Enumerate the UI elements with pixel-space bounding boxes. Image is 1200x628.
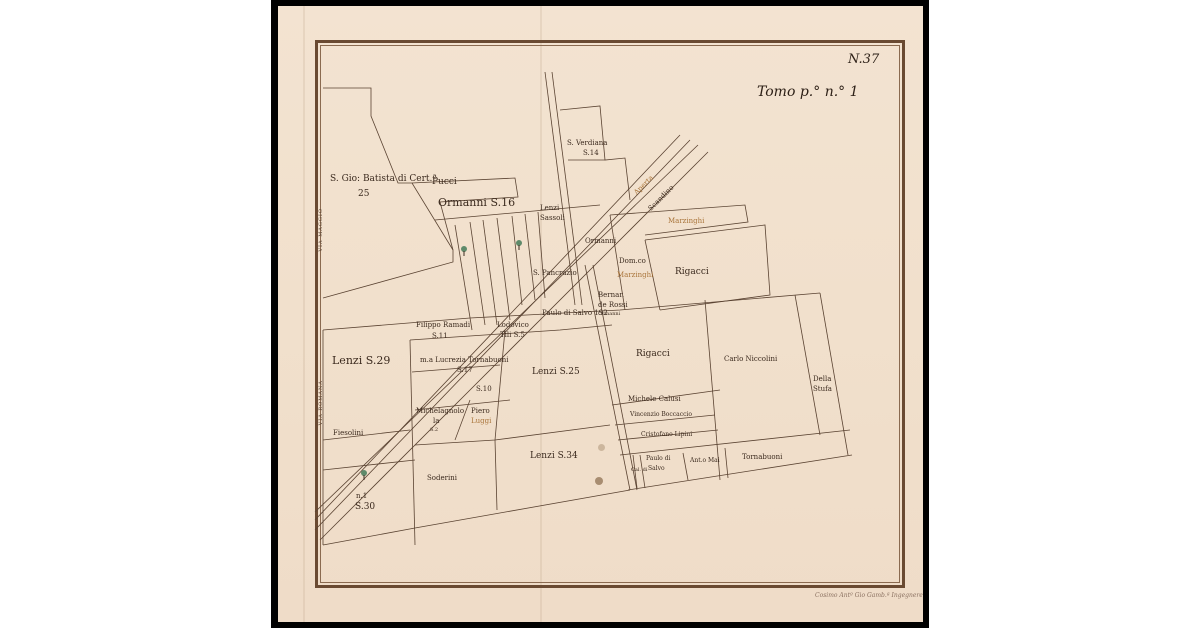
parcel-label-lenzi-29: Lenzi S.29 (332, 355, 390, 366)
parcel-label-lenzi-34: Lenzi S.34 (530, 452, 578, 461)
parcel-label-vincenzio: Vincenzio Boccaccio (630, 412, 692, 418)
paper-stain (598, 444, 605, 451)
parcel-label-rigacci: Rigacci (675, 268, 709, 277)
parcel-label-michele-calusi: Michele Calusi (628, 396, 681, 403)
parcel-label-lenzi-25: Lenzi S.25 (532, 368, 580, 377)
parcel-label-lodovico: Lodovico (497, 322, 529, 329)
parcel-label-bernar-ormanni: Ormanni (598, 312, 620, 317)
parcel-label-paulo-di: Paulo di (646, 456, 670, 462)
parcel-label-ormanni: Ormanni S.16 (438, 197, 515, 208)
parcel-label-anto-mai: Ant.o Mai (690, 458, 720, 464)
parcel-label-san-pancrazio: S. Pancrazio (533, 270, 577, 277)
parcel-label-filippo: Filippo Ramadi (416, 322, 470, 329)
parcel-number: S.10 (476, 386, 492, 393)
parcel-number: S.30 (355, 503, 375, 512)
street-label-via-maggio: VIA MAGGIO (318, 208, 324, 252)
sheet-number: N.37 (848, 52, 879, 67)
parcel-label-sassoli: Sassoli (540, 215, 565, 222)
parcel-label-tili: Tili S.5 (500, 332, 525, 339)
parcel-number: S.2 (430, 428, 438, 433)
parcel-label-carlo-niccolini: Carlo Niccolini (724, 356, 777, 363)
parcel-label-luggi: Luggi (471, 418, 491, 425)
parcel-label-salvo: Salvo (648, 466, 665, 472)
parcel-number: S.11 (432, 333, 448, 340)
paper-stain (595, 477, 603, 485)
parcel-label-tornabuoni: Tornabuoni (742, 454, 782, 461)
parcel-label-marzinghi-mid: Marzinghi (617, 272, 653, 279)
signature: Cosimo Antº Gio Gamb.ª Ingegnere (815, 592, 923, 599)
parcel-label-cal-di: Cal. di (631, 468, 647, 473)
parcel-label-bernar: Bernar. (598, 292, 624, 299)
parcel-number: 25 (358, 190, 369, 199)
parcel-number: S.17 (457, 367, 473, 374)
tree-icon (515, 240, 523, 250)
parcel-label-cristofano: Cristofano Lipini (641, 432, 692, 438)
parcel-label-ormanni-small: Ormanni (585, 238, 616, 245)
parcel-label-marzinghi: Marzinghi (668, 218, 704, 225)
tree-icon (460, 246, 468, 256)
parcel-label-san-gio: S. Gio: Batista di Cert.ª (330, 175, 437, 184)
parcel-label-della: Della (813, 376, 831, 383)
parcel-label-n1: n.1 (356, 493, 367, 500)
parcel-label-soderini: Soderini (427, 475, 457, 482)
parcel-label-lucrezia: m.a Lucrezia Tornabuoni (420, 357, 508, 364)
parcel-label-stufa: Stufa (813, 386, 832, 393)
parcel-label-michelagnolo: Michelagnolo (416, 408, 464, 415)
parcel-label-verdiana: S. Verdiana (567, 140, 607, 147)
parcel-label-la: la (433, 418, 439, 425)
parcel-label-rigacci-mid: Rigacci (636, 350, 670, 359)
street-label-via-romana: VIA ROMANA (318, 380, 324, 425)
parcel-label-domco: Dom.co (619, 258, 646, 265)
tree-icon (360, 470, 368, 480)
parcel-label-de-rossi: de Rossi (598, 302, 628, 309)
parcel-label-fiesolini: Fiesolini (333, 430, 363, 437)
tomo-annotation: Tomo p.° n.° 1 (757, 84, 859, 100)
parcel-label-pucci: Pucci (432, 178, 457, 187)
parcel-label-lenzi: Lenzi (540, 205, 559, 212)
parcel-label-piero: Piero (471, 408, 490, 415)
parcel-number: S.14 (583, 150, 599, 157)
